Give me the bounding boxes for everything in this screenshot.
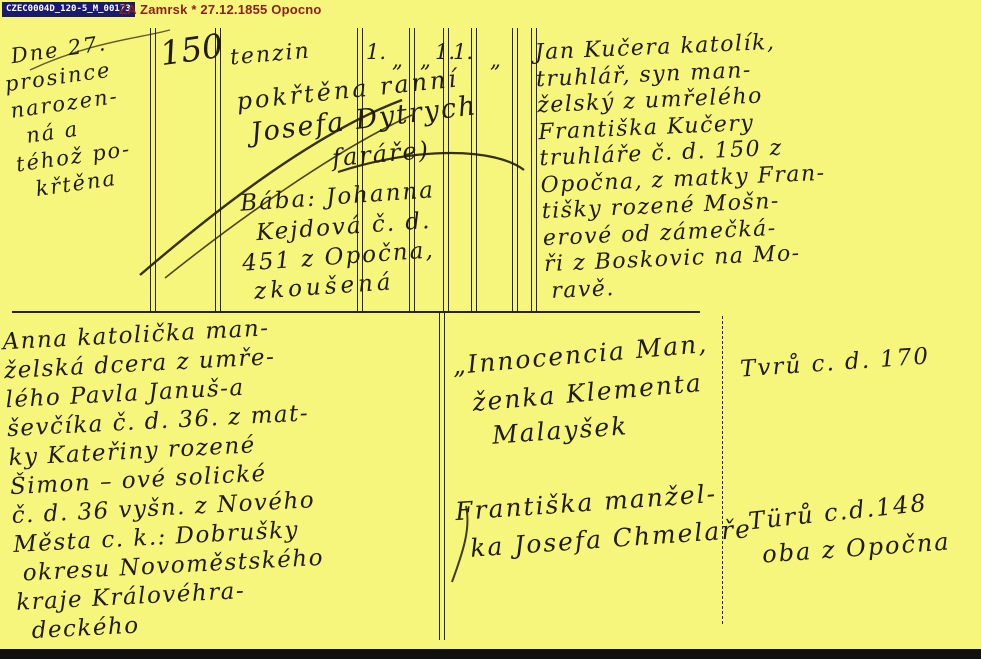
mother-column-text: Anna katolička man- želská dcera z umře-… bbox=[2, 312, 328, 647]
column-rule-line bbox=[531, 28, 532, 311]
baptism-line: tenzin bbox=[229, 39, 312, 71]
column-rule-line-dashed bbox=[722, 316, 723, 624]
father-column-text: Jan Kučera katolík, truhlář, syn man- že… bbox=[534, 28, 830, 305]
column-rule-line bbox=[150, 28, 151, 311]
tally-mark: „ bbox=[490, 48, 501, 72]
record-title: ZA Zamrsk * 27.12.1855 Opocno bbox=[119, 2, 322, 17]
tally-mark: 1. bbox=[366, 40, 386, 64]
image-id-badge: CZEC0004D_120-5_M_00173 bbox=[2, 2, 135, 17]
witness2-residence: Türů c.d.148 bbox=[747, 489, 929, 536]
column-rule-line bbox=[517, 28, 518, 311]
witness1-residence: Tvrů c. d. 170 bbox=[739, 343, 931, 382]
tally-mark: 1. bbox=[453, 40, 473, 64]
column-rule-line bbox=[476, 28, 477, 311]
witness1-line: Malayšek bbox=[491, 411, 629, 449]
column-rule-line bbox=[439, 313, 440, 640]
column-rule-line bbox=[220, 28, 221, 311]
scanned-register-page: CZEC0004D_120-5_M_00173 ZA Zamrsk * 27.1… bbox=[0, 0, 981, 659]
date-column-text: Dne 27. prosince narozen- ná a téhož po-… bbox=[0, 29, 137, 206]
column-rule-line bbox=[155, 28, 156, 311]
row-divider-line bbox=[12, 311, 700, 313]
scan-bottom-border bbox=[0, 649, 981, 659]
column-rule-line bbox=[512, 28, 513, 311]
column-rule-line bbox=[471, 28, 472, 311]
column-rule-line bbox=[215, 28, 216, 311]
witness2-residence: oba z Opočna bbox=[761, 527, 951, 568]
baptism-line: faráře) bbox=[331, 136, 431, 172]
tally-mark: „ bbox=[392, 48, 403, 72]
column-rule-line bbox=[444, 313, 445, 640]
